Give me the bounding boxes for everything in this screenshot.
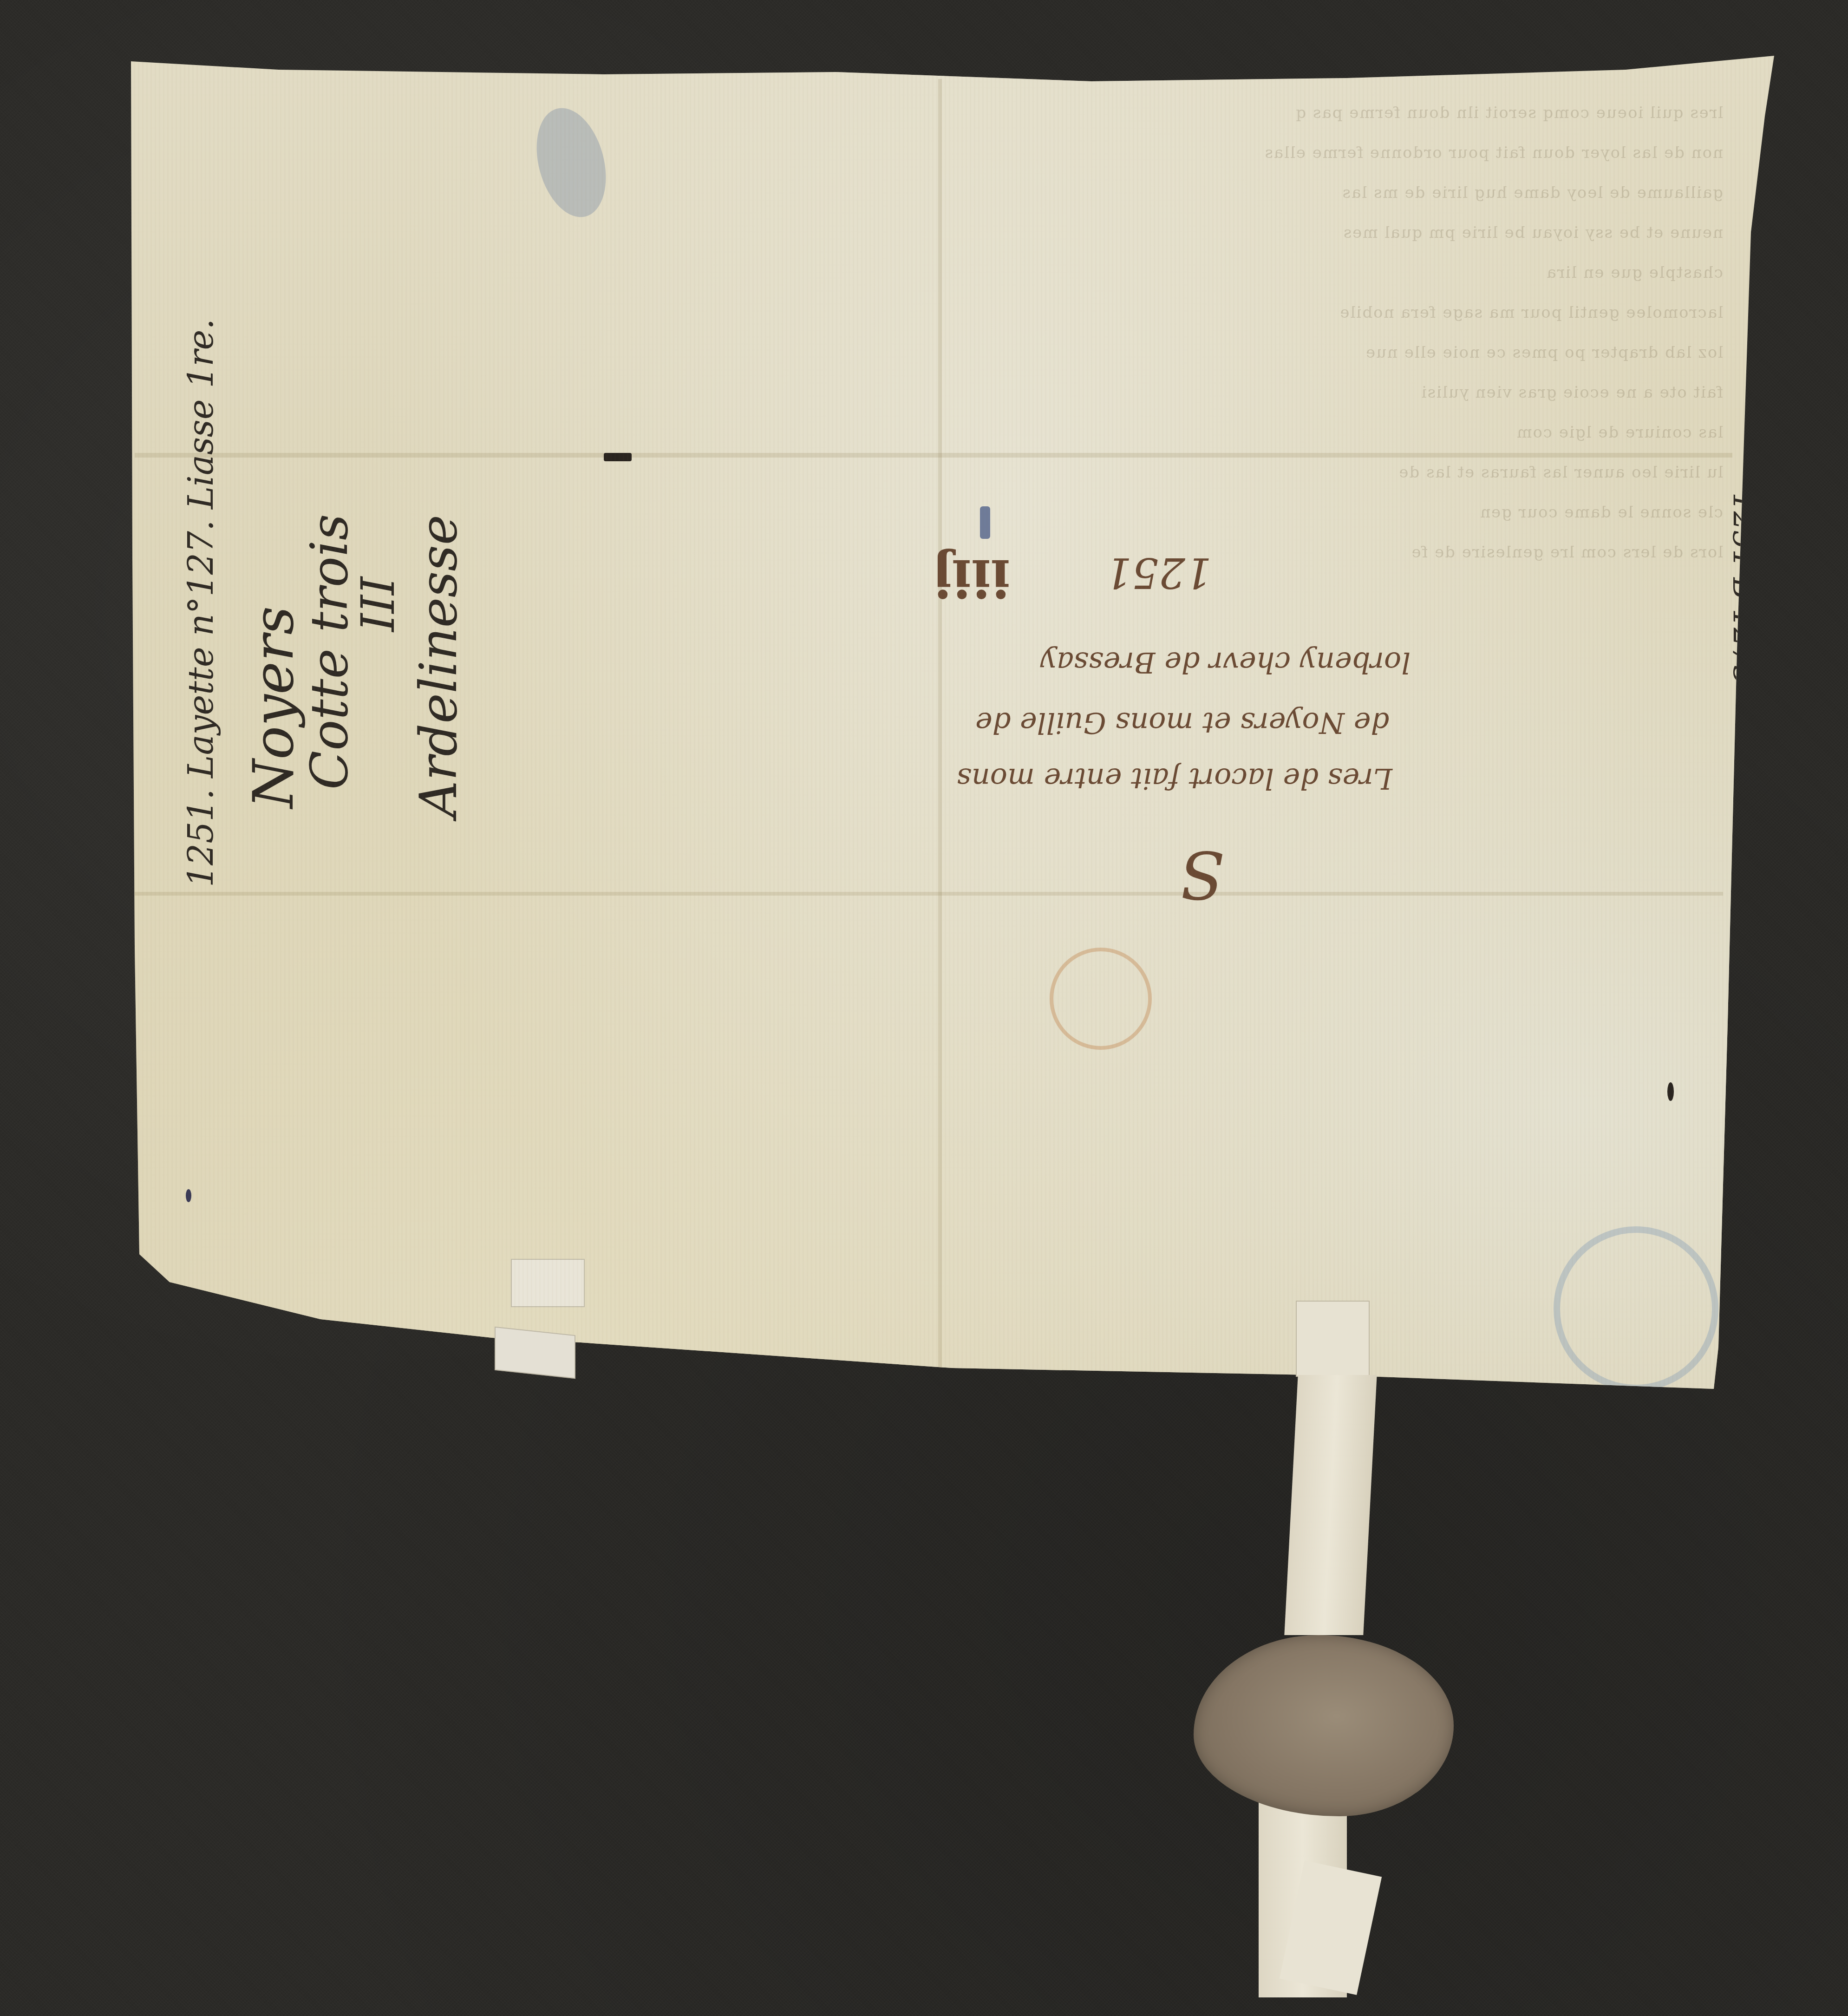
fold-line-vertical <box>938 79 942 1370</box>
ink-dash <box>604 453 632 461</box>
note-cotte: Cotte trois <box>300 514 359 790</box>
note-summary-1: Lres de lacort fait entre mons <box>957 762 1392 796</box>
seal-tag-top <box>1296 1301 1370 1377</box>
torn-tab-left <box>495 1327 575 1379</box>
note-noyers: Noyers <box>242 606 306 808</box>
note-mark: S <box>1180 836 1224 912</box>
fold-line-lower <box>135 892 1723 896</box>
ink-speck <box>186 1189 191 1202</box>
note-summary-2: de Noyers et mons Guille de <box>975 706 1389 740</box>
blue-mark <box>980 506 990 539</box>
stain-circle <box>1050 948 1152 1050</box>
archive-stamp <box>1554 1226 1718 1391</box>
blue-blot <box>525 100 617 225</box>
ink-speck <box>1667 1082 1674 1101</box>
note-year-center: 1251 <box>1105 548 1212 597</box>
note-roman-four: iiij <box>934 548 1010 608</box>
note-roman-three: III <box>351 576 405 632</box>
seal-slot-left <box>511 1259 585 1307</box>
note-layette: 1251. Layette n°127. Liasse 1re. <box>181 319 221 887</box>
show-through-text: lres quil ioeue comq seroit iln doun fer… <box>153 93 1723 1277</box>
seal-strap <box>1284 1375 1377 1635</box>
note-name: Ardelinesse <box>409 515 468 818</box>
wax-seal <box>1194 1635 1454 1816</box>
note-summary-3: lorbeny chevr de Bressay <box>1040 646 1410 680</box>
fold-line-upper <box>135 453 1732 458</box>
